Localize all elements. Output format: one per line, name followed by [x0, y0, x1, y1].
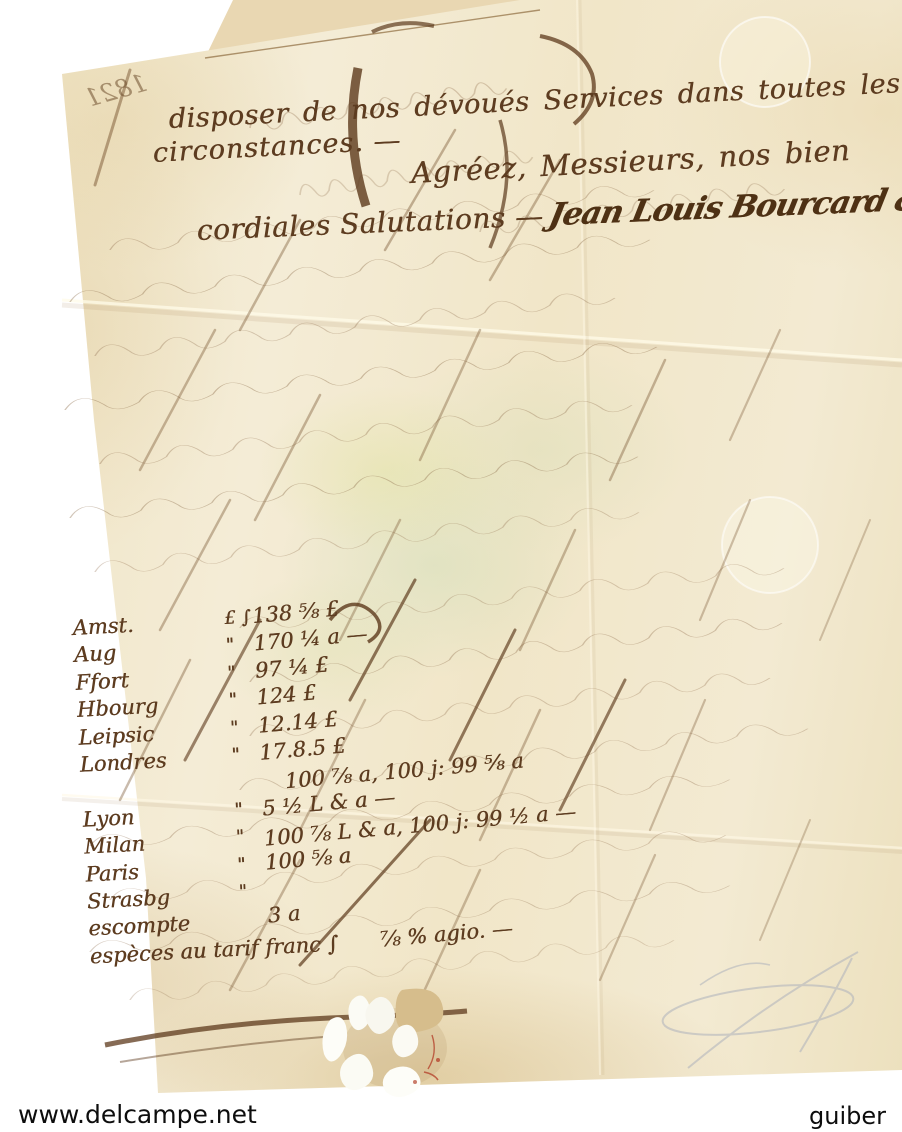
quote-ditto: ": [225, 634, 254, 656]
quote-ditto: ": [237, 853, 266, 875]
exchange-quotes-list: Amst.£ ∫138 ⅝ £Aug"170 ¼ a —Ffort"97 ¼ £…: [72, 590, 583, 971]
scanned-letter: disposer de nos dévoués Services dans to…: [0, 0, 902, 1132]
delcampe-watermark: www.delcampe.net: [18, 1100, 257, 1129]
quote-ditto: [232, 771, 260, 772]
quote-ditto: £ ∫: [224, 607, 253, 629]
quote-ditto: ": [228, 689, 257, 711]
quote-place: Amst.: [72, 608, 225, 640]
quote-ditto: ": [235, 825, 264, 847]
quote-ditto: ": [227, 661, 256, 683]
quote-ditto: [240, 907, 268, 908]
quote-ditto: [352, 929, 380, 930]
quote-ditto: ": [238, 880, 267, 902]
quote-ditto: ": [230, 716, 259, 738]
quote-ditto: ": [234, 798, 263, 820]
quote-ditto: ": [231, 743, 260, 765]
quote-value: 124 £: [255, 680, 317, 709]
seller-watermark: guiber: [809, 1102, 886, 1130]
quote-value: 3 a: [267, 901, 302, 928]
